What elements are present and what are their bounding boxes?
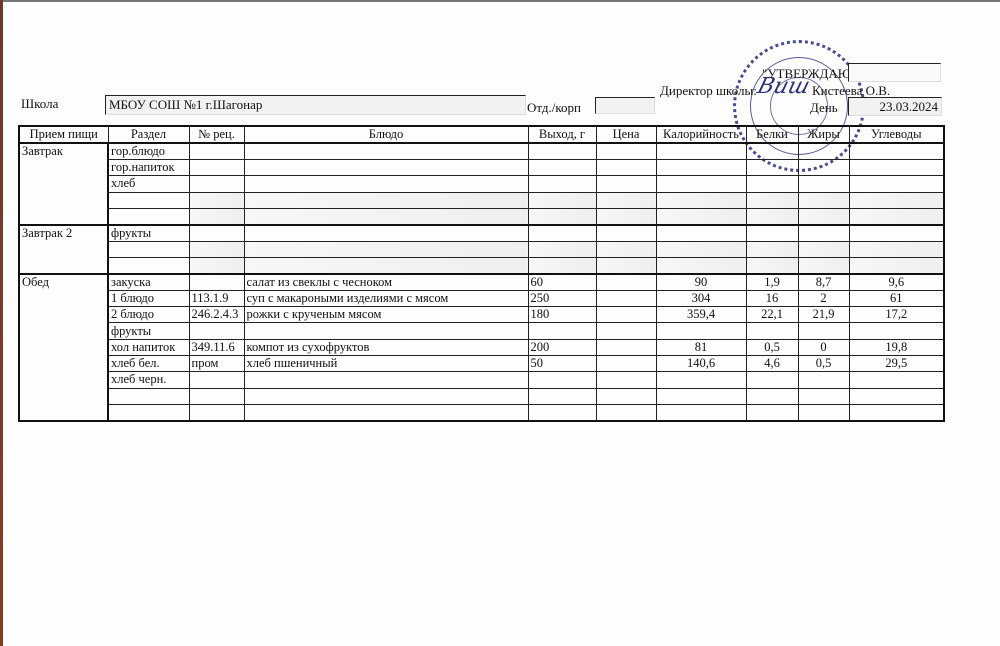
price-cell [596,176,656,192]
section-cell: гор.блюдо [108,143,189,160]
yield-cell [528,208,596,224]
carbs-cell [849,241,944,257]
fat-cell [798,323,849,339]
recipe-cell [189,143,244,160]
carbs-cell: 61 [849,290,944,306]
recipe-cell [189,208,244,224]
table-row [19,257,944,273]
recipe-cell [189,241,244,257]
price-cell [596,355,656,371]
section-cell [108,192,189,208]
yield-cell [528,225,596,242]
yield-cell: 180 [528,307,596,323]
calories-cell [656,192,746,208]
calories-cell [656,176,746,192]
carbs-cell [849,176,944,192]
fat-cell [798,372,849,388]
yield-cell [528,176,596,192]
yield-cell [528,257,596,273]
day-field: 23.03.2024 [848,97,942,116]
col-section: Раздел [108,126,189,143]
protein-cell [746,143,798,160]
dept-label: Отд./корп [527,100,581,116]
section-cell [108,208,189,224]
protein-cell: 16 [746,290,798,306]
yield-cell: 250 [528,290,596,306]
carbs-cell [849,404,944,420]
dish-cell [244,257,528,273]
yield-cell: 200 [528,339,596,355]
yield-cell [528,372,596,388]
calories-cell [656,143,746,160]
price-cell [596,225,656,242]
section-cell: 1 блюдо [108,290,189,306]
dish-cell [244,323,528,339]
scan-top-edge [0,0,1000,2]
fat-cell [798,241,849,257]
price-cell [596,274,656,291]
protein-cell [746,192,798,208]
calories-cell [656,388,746,404]
col-dish: Блюдо [244,126,528,143]
dish-cell: салат из свеклы с чесноком [244,274,528,291]
protein-cell [746,208,798,224]
price-cell [596,323,656,339]
table-row: хлеб бел.промхлеб пшеничный50140,64,60,5… [19,355,944,371]
table-row: 1 блюдо113.1.9суп с макароными изделиями… [19,290,944,306]
table-row: хлеб [19,176,944,192]
dish-cell: хлеб пшеничный [244,355,528,371]
protein-cell [746,388,798,404]
school-field: МБОУ СОШ №1 г.Шагонар [105,95,526,115]
table-row: хлеб черн. [19,372,944,388]
dish-cell [244,192,528,208]
fat-cell: 8,7 [798,274,849,291]
recipe-cell: 246.2.4.3 [189,307,244,323]
calories-cell: 81 [656,339,746,355]
table-row [19,208,944,224]
scan-left-edge [0,0,3,646]
fat-cell [798,208,849,224]
calories-cell [656,241,746,257]
approve-field [848,63,941,82]
meal-cell: Завтрак 2 [19,225,108,274]
dept-field [595,97,655,114]
fat-cell [798,160,849,176]
table-row [19,241,944,257]
col-carbs: Углеводы [849,126,944,143]
calories-cell [656,208,746,224]
protein-cell [746,241,798,257]
day-label: День [810,100,838,116]
protein-cell: 1,9 [746,274,798,291]
carbs-cell [849,192,944,208]
yield-cell [528,241,596,257]
col-recipe: № рец. [189,126,244,143]
protein-cell: 4,6 [746,355,798,371]
price-cell [596,143,656,160]
calories-cell [656,257,746,273]
recipe-cell [189,160,244,176]
recipe-cell [189,176,244,192]
yield-cell [528,160,596,176]
price-cell [596,241,656,257]
carbs-cell [849,143,944,160]
dish-cell: суп с макароными изделиями с мясом [244,290,528,306]
recipe-cell [189,323,244,339]
yield-cell [528,192,596,208]
section-cell [108,388,189,404]
carbs-cell: 9,6 [849,274,944,291]
fat-cell [798,192,849,208]
yield-cell [528,323,596,339]
calories-cell: 304 [656,290,746,306]
meal-cell: Обед [19,274,108,421]
price-cell [596,160,656,176]
carbs-cell [849,208,944,224]
col-protein: Белки [746,126,798,143]
dish-cell [244,388,528,404]
fat-cell [798,143,849,160]
dish-cell [244,160,528,176]
menu-table: Прием пищи Раздел № рец. Блюдо Выход, г … [18,125,945,422]
protein-cell: 22,1 [746,307,798,323]
table-row: хол напиток349.11.6компот из сухофруктов… [19,339,944,355]
table-row: Обедзакускасалат из свеклы с чесноком609… [19,274,944,291]
calories-cell [656,160,746,176]
section-cell [108,257,189,273]
section-cell: хлеб бел. [108,355,189,371]
recipe-cell: 113.1.9 [189,290,244,306]
protein-cell [746,404,798,420]
col-meal: Прием пищи [19,126,108,143]
protein-cell [746,225,798,242]
carbs-cell [849,257,944,273]
yield-cell: 50 [528,355,596,371]
recipe-cell [189,404,244,420]
price-cell [596,290,656,306]
price-cell [596,208,656,224]
section-cell: закуска [108,274,189,291]
price-cell [596,192,656,208]
carbs-cell [849,372,944,388]
col-fat: Жиры [798,126,849,143]
fat-cell: 21,9 [798,307,849,323]
carbs-cell: 17,2 [849,307,944,323]
table-row [19,388,944,404]
fat-cell [798,225,849,242]
price-cell [596,404,656,420]
recipe-cell [189,225,244,242]
price-cell [596,388,656,404]
carbs-cell [849,225,944,242]
yield-cell [528,143,596,160]
section-cell: 2 блюдо [108,307,189,323]
table-row: 2 блюдо246.2.4.3рожки с крученым мясом18… [19,307,944,323]
recipe-cell [189,388,244,404]
table-row: фрукты [19,323,944,339]
dish-cell [244,208,528,224]
fat-cell [798,176,849,192]
fat-cell: 0 [798,339,849,355]
section-cell [108,241,189,257]
dish-cell [244,241,528,257]
fat-cell [798,257,849,273]
section-cell: фрукты [108,225,189,242]
recipe-cell [189,257,244,273]
dish-cell: рожки с крученым мясом [244,307,528,323]
dish-cell [244,372,528,388]
price-cell [596,257,656,273]
yield-cell [528,388,596,404]
dish-cell [244,404,528,420]
fat-cell: 0,5 [798,355,849,371]
fat-cell: 2 [798,290,849,306]
protein-cell [746,323,798,339]
protein-cell [746,160,798,176]
carbs-cell [849,160,944,176]
recipe-cell [189,274,244,291]
director-label: Директор школы: [660,83,757,99]
section-cell: хлеб черн. [108,372,189,388]
section-cell: хлеб [108,176,189,192]
table-row: Завтракгор.блюдо [19,143,944,160]
carbs-cell [849,323,944,339]
fat-cell [798,388,849,404]
dish-cell [244,143,528,160]
table-row [19,192,944,208]
school-label: Школа [21,96,58,112]
calories-cell: 140,6 [656,355,746,371]
menu-body: Завтракгор.блюдогор.напитокхлебЗавтрак 2… [19,143,944,421]
calories-cell [656,225,746,242]
recipe-cell: пром [189,355,244,371]
table-header-row: Прием пищи Раздел № рец. Блюдо Выход, г … [19,126,944,143]
yield-cell: 60 [528,274,596,291]
yield-cell [528,404,596,420]
col-yield: Выход, г [528,126,596,143]
section-cell: хол напиток [108,339,189,355]
carbs-cell [849,388,944,404]
carbs-cell: 19,8 [849,339,944,355]
col-price: Цена [596,126,656,143]
calories-cell: 359,4 [656,307,746,323]
fat-cell [798,404,849,420]
recipe-cell: 349.11.6 [189,339,244,355]
section-cell: гор.напиток [108,160,189,176]
price-cell [596,339,656,355]
recipe-cell [189,372,244,388]
calories-cell [656,404,746,420]
price-cell [596,307,656,323]
carbs-cell: 29,5 [849,355,944,371]
calories-cell [656,372,746,388]
section-cell: фрукты [108,323,189,339]
table-row [19,404,944,420]
col-calories: Калорийность [656,126,746,143]
dish-cell [244,176,528,192]
meal-cell: Завтрак [19,143,108,225]
recipe-cell [189,192,244,208]
price-cell [596,372,656,388]
signature: Виш [755,74,813,99]
calories-cell: 90 [656,274,746,291]
table-row: Завтрак 2фрукты [19,225,944,242]
calories-cell [656,323,746,339]
protein-cell [746,257,798,273]
table-row: гор.напиток [19,160,944,176]
protein-cell: 0,5 [746,339,798,355]
section-cell [108,404,189,420]
protein-cell [746,176,798,192]
dish-cell: компот из сухофруктов [244,339,528,355]
dish-cell [244,225,528,242]
protein-cell [746,372,798,388]
